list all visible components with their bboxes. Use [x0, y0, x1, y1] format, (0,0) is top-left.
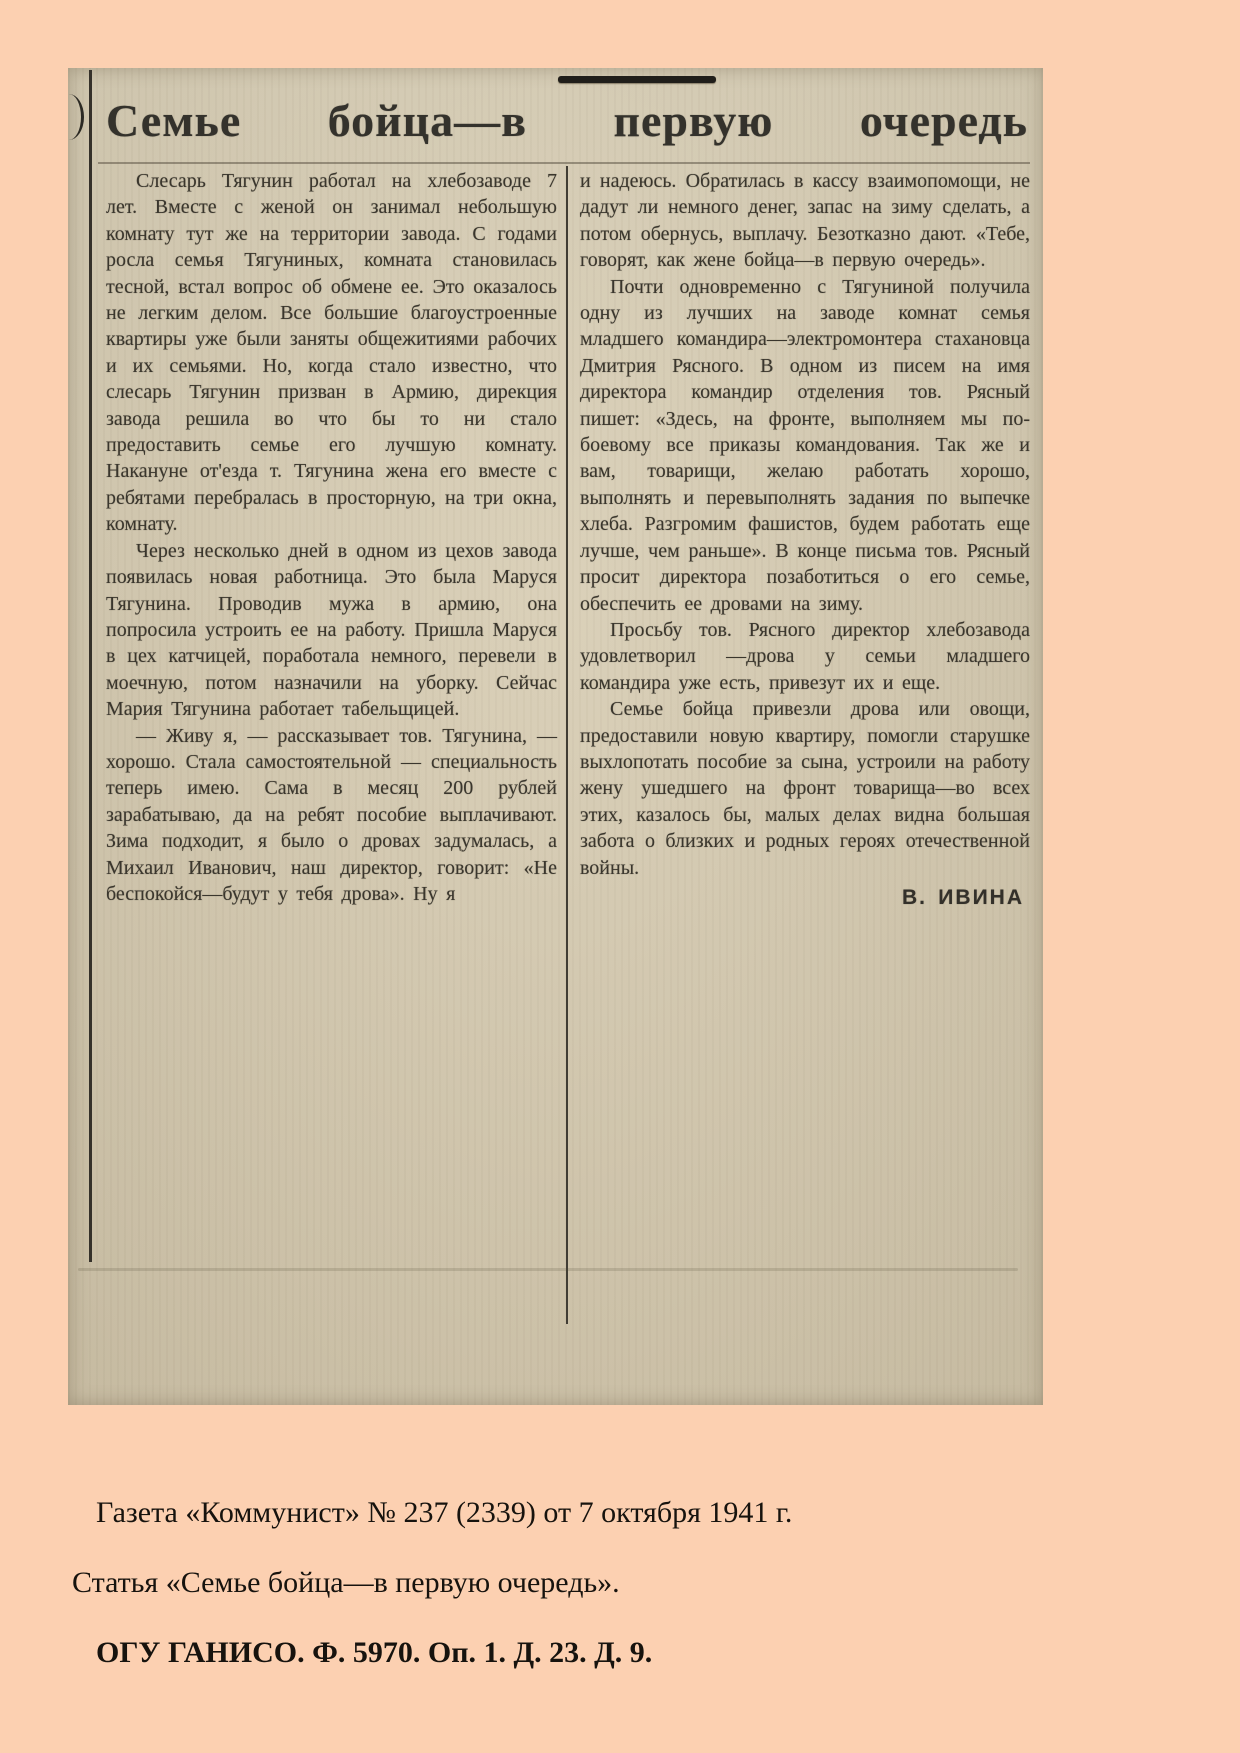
article-paragraph: — Живу я, — рассказывает тов. Тягунина, … [106, 723, 557, 908]
top-divider-bar [558, 76, 716, 83]
paper-smudge-line [78, 1268, 1018, 1271]
article-column-left: Слесарь Тягунин работал на хлебозаводе 7… [106, 168, 557, 907]
article-paragraph: Просьбу тов. Рясного директор хлебозавод… [580, 617, 1030, 696]
article-paragraph: и надеюсь. Обратилась в кассу взаимопомо… [580, 168, 1030, 274]
newspaper-clipping-scan: Семье бойца—в первую очередь Слесарь Тяг… [68, 68, 1043, 1405]
headline-underline-rule [98, 162, 1030, 164]
article-byline: В. ИВИНА [580, 885, 1030, 911]
column-divider-rule [566, 166, 568, 1324]
article-paragraph: Слесарь Тягунин работал на хлебозаводе 7… [106, 168, 557, 538]
left-column-rule [89, 70, 92, 1262]
print-bracket-mark [69, 94, 84, 140]
article-paragraph: Почти одновременно с Тягуниной получила … [580, 274, 1030, 617]
caption-source-line: Газета «Коммунист» № 237 (2339) от 7 окт… [96, 1496, 792, 1530]
article-paragraph: Через несколько дней в одном из цехов за… [106, 538, 557, 723]
article-paragraph: Семье бойца привезли дрова или овощи, пр… [580, 696, 1030, 881]
caption-archive-reference-line: ОГУ ГАНИСО. Ф. 5970. Оп. 1. Д. 23. Д. 9. [96, 1636, 652, 1670]
article-headline: Семье бойца—в первую очередь [106, 94, 1028, 147]
article-column-right: и надеюсь. Обратилась в кассу взаимопомо… [580, 168, 1030, 911]
caption-article-title-line: Статья «Семье бойца—в первую очередь». [72, 1566, 620, 1600]
